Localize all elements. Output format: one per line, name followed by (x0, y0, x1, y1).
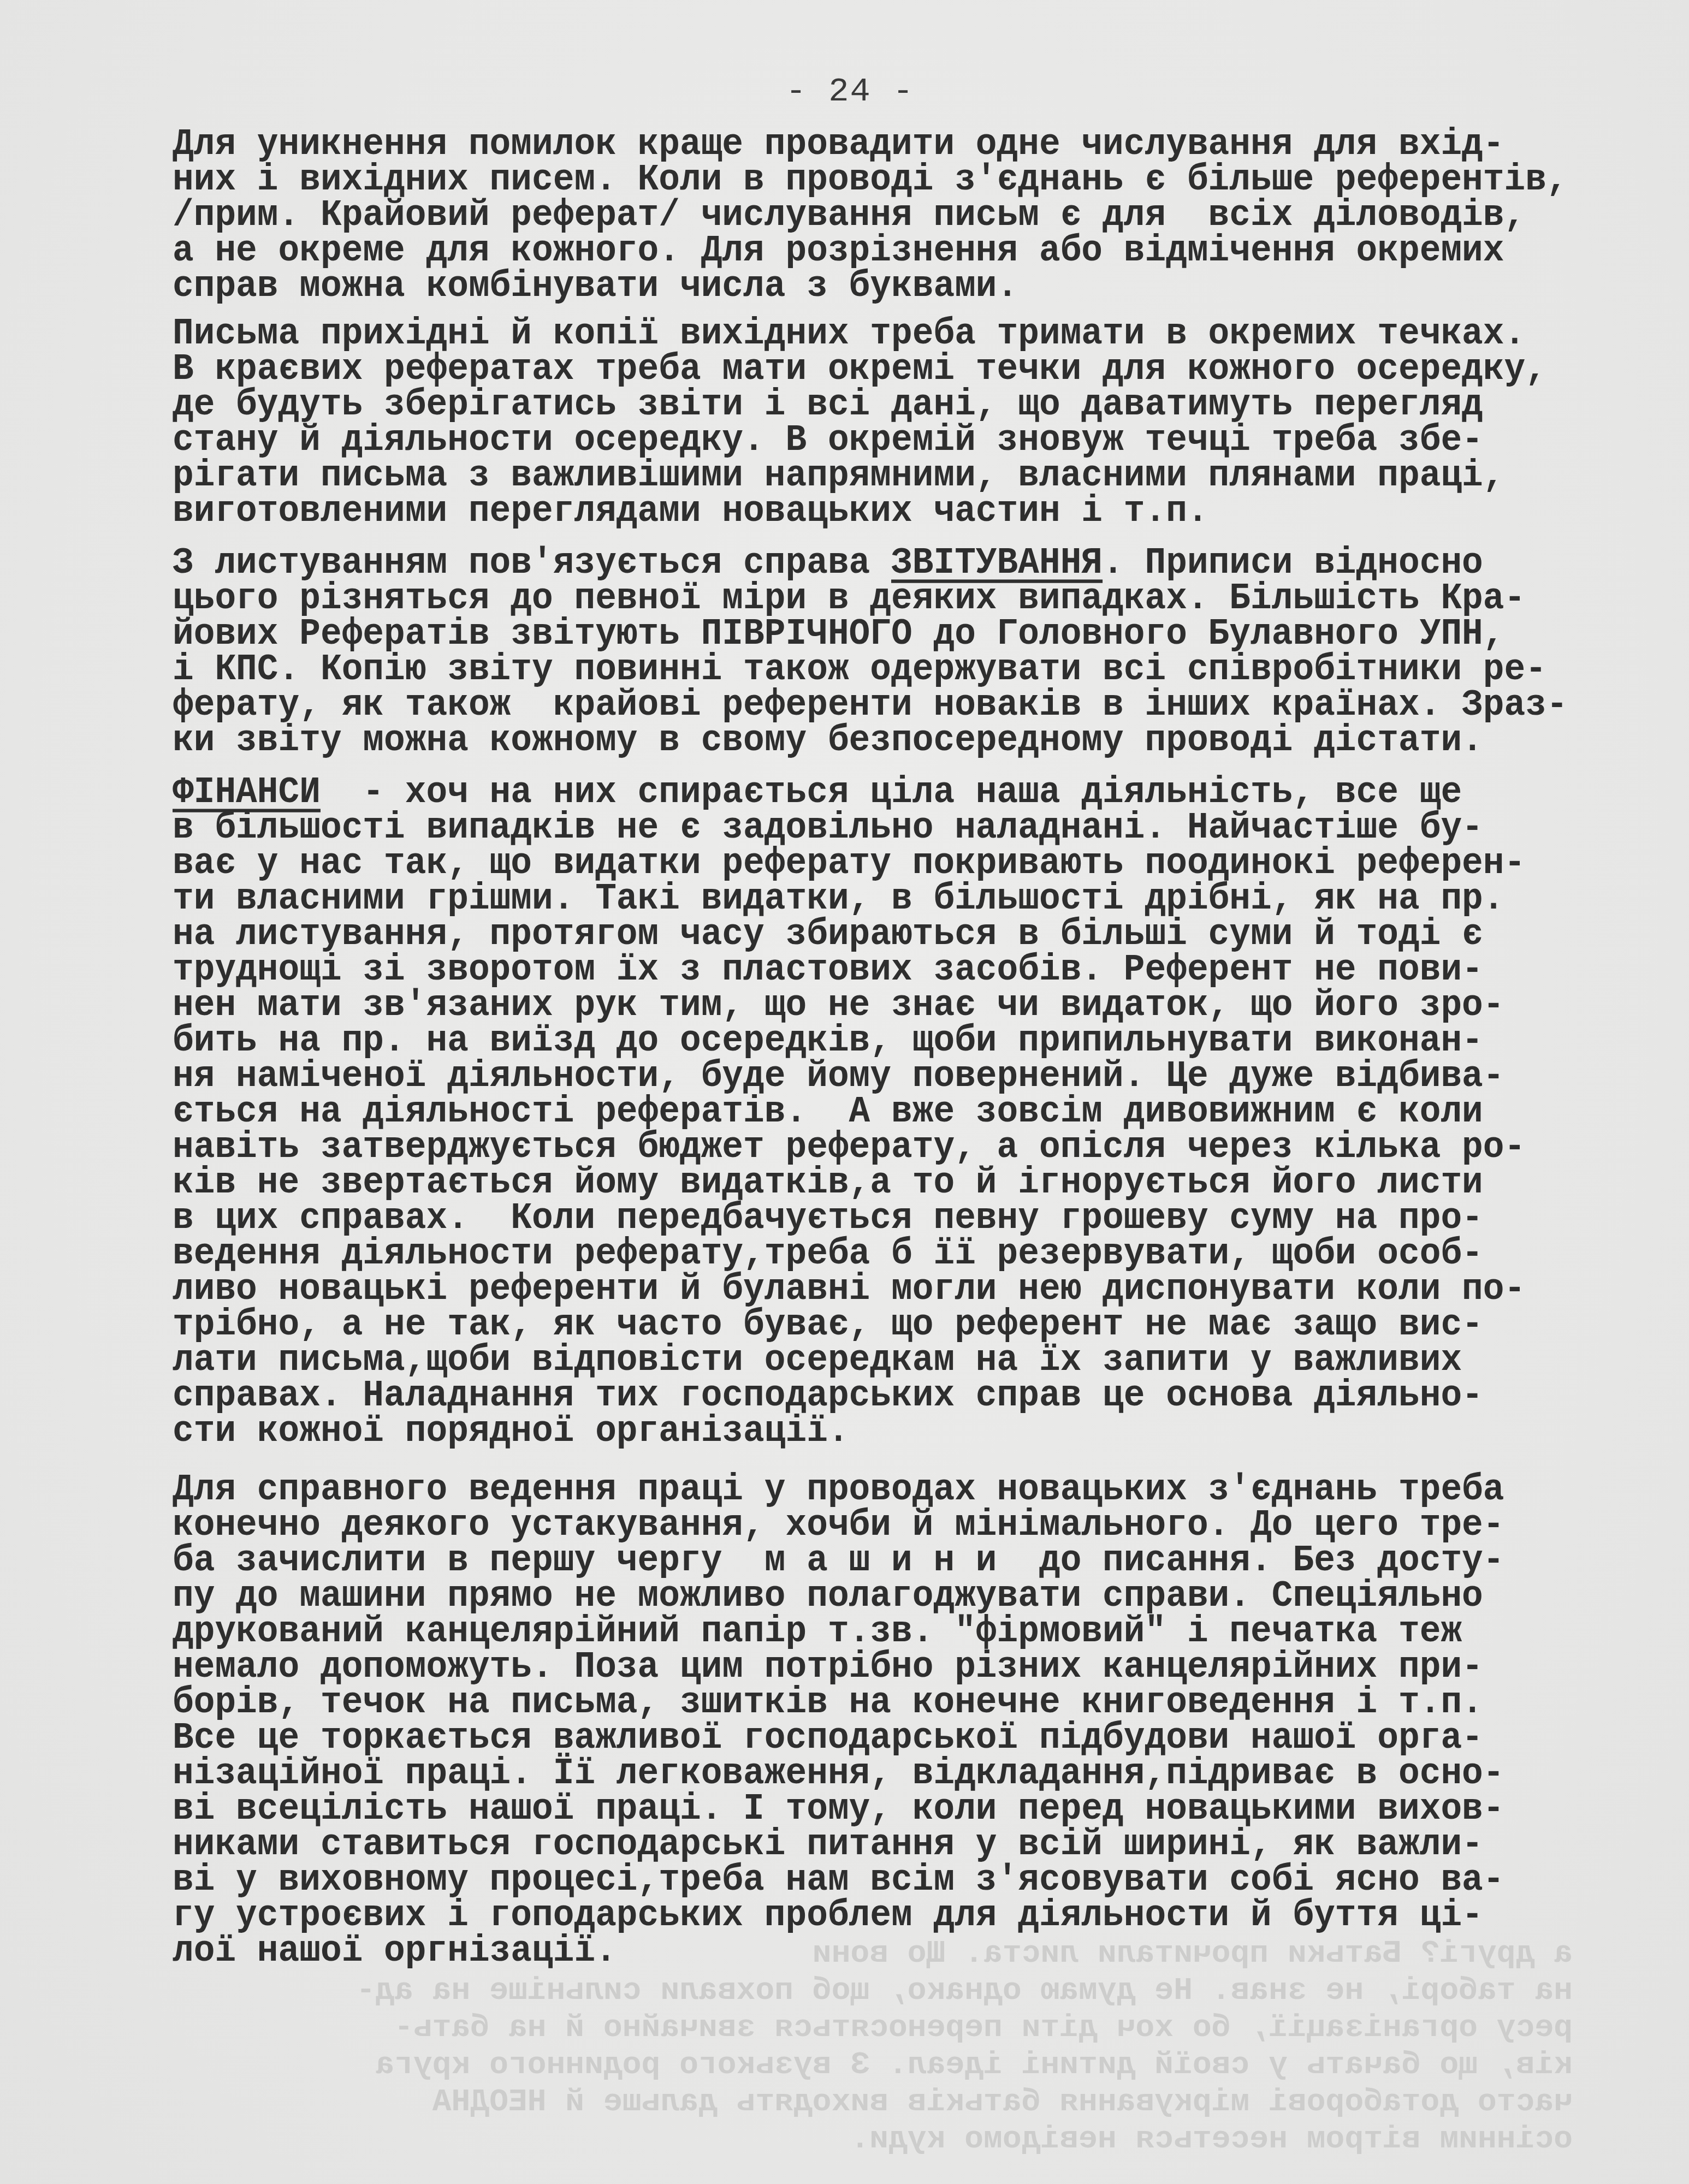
text-line: труднощі зі зворотом їх з пластових засо… (173, 951, 1603, 988)
paragraph-finances: ФІНАНСИ - хоч на них спирається ціла наш… (173, 775, 1603, 1449)
text-line: Все це торкається важливої господарської… (173, 1719, 1603, 1756)
text-line: де будуть зберігатись звіти і всі дані, … (173, 386, 1603, 423)
document-body: Для уникнення помилок краще провадити од… (173, 127, 1603, 1969)
page-number: - 24 - (0, 70, 1689, 114)
text-line: ві у виховному процесі,треба нам всім з'… (173, 1861, 1603, 1898)
text-line: ферату, як також крайові референти новак… (173, 686, 1603, 723)
text-line: і КПС. Копію звіту повинні також одержув… (173, 651, 1603, 688)
text-line: /прим. Крайовий реферат/ числування пись… (173, 197, 1603, 234)
text-line: а не окреме для кожного. Для розрізнення… (173, 232, 1603, 269)
text-line: немало допоможуть. Поза цим потрібно різ… (173, 1648, 1603, 1686)
text-line: пу до машини прямо не можливо полагоджув… (173, 1577, 1603, 1615)
text-line: них і вихідних писем. Коли в проводі з'є… (173, 161, 1603, 198)
paragraph-folders: Письма прихідні й копії вихідних треба т… (173, 316, 1603, 529)
text-line: конечно деякого устакування, хочби й мін… (173, 1506, 1603, 1544)
text-line: ється на діяльності рефератів. А вже зов… (173, 1093, 1603, 1130)
text-line: стану й діяльности осередку. В окремій з… (173, 422, 1603, 459)
text-line: виготовленими переглядами новацьких част… (173, 492, 1603, 530)
text-line: нізаційної праці. Її легковаження, відкл… (173, 1755, 1603, 1792)
text-line: ба зачислити в першу чергу м а ш и н и д… (173, 1542, 1603, 1579)
text-line: нен мати зв'язаних рук тим, що не знає ч… (173, 987, 1603, 1024)
text-line: на листування, протягом часу збираються … (173, 916, 1603, 953)
text-line: ків не звертається йому видатків,а то й … (173, 1164, 1603, 1201)
text-line: Письма прихідні й копії вихідних треба т… (173, 315, 1603, 352)
text-line: ведення діяльности реферату,треба б її р… (173, 1235, 1603, 1272)
text-line: справ можна комбінувати числа з буквами. (173, 268, 1603, 305)
text-line: ві всецілість нашої праці. І тому, коли … (173, 1790, 1603, 1827)
text-line: ти власними грішми. Такі видатки, в біль… (173, 880, 1603, 917)
text-line: ня наміченої діяльности, буде йому повер… (173, 1058, 1603, 1095)
text-line: друкований канцелярійний папір т.зв. "фі… (173, 1613, 1603, 1650)
text-line: трібно, а не так, як часто буває, що реф… (173, 1306, 1603, 1343)
text-line: Для справного ведення праці у проводах н… (173, 1471, 1603, 1508)
text-line: ФІНАНСИ - хоч на них спирається ціла наш… (173, 774, 1603, 811)
text-line: Для уникнення помилок краще провадити од… (173, 126, 1603, 163)
text-line: лої нашої оргнізації. (173, 1932, 1603, 1969)
text-line: ки звіту можна кожному в свому безпосере… (173, 722, 1603, 759)
text-line: гу устроєвих і гоподарських проблем для … (173, 1897, 1603, 1934)
text-line: цього різняться до певної міри в деяких … (173, 580, 1603, 617)
text-line: ває у нас так, що видатки реферату покри… (173, 845, 1603, 882)
text-line: лати письма,щоби відповісти осередкам на… (173, 1342, 1603, 1379)
text-line: В краєвих рефератах треба мати окремі те… (173, 351, 1603, 388)
text-line: навіть затверджується бюджет реферату, а… (173, 1129, 1603, 1166)
text-line: никами ставиться господарські питання у … (173, 1826, 1603, 1863)
text-line: йових Рефератів звітують ПІВРІЧНОГО до Г… (173, 615, 1603, 652)
paragraph-equipment: Для справного ведення праці у проводах н… (173, 1472, 1603, 1969)
text-line: ливо новацькі референти й булавні могли … (173, 1271, 1603, 1308)
text-line: бить на пр. на виїзд до осередків, щоби … (173, 1022, 1603, 1059)
text-line: З листуванням пов'язується справа ЗВІТУВ… (173, 544, 1603, 581)
paragraph-numbering: Для уникнення помилок краще провадити од… (173, 127, 1603, 304)
text-line: сти кожної порядної організації. (173, 1413, 1603, 1450)
text-line: справах. Наладнання тих господарських сп… (173, 1377, 1603, 1414)
paragraph-reporting: З листуванням пов'язується справа ЗВІТУВ… (173, 545, 1603, 758)
text-line: в більшості випадків не є задовільно нал… (173, 809, 1603, 846)
text-line: рігати письма з важливішими напрямними, … (173, 457, 1603, 494)
text-line: борів, течок на письма, зшитків на конеч… (173, 1684, 1603, 1721)
text-line: в цих справах. Коли передбачується певну… (173, 1200, 1603, 1237)
